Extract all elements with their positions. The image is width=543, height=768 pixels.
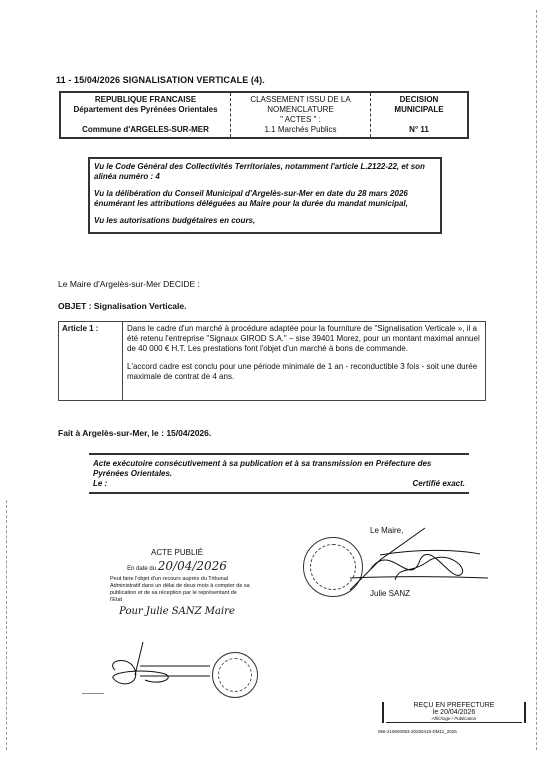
header-cell-classement: CLASSEMENT ISSU DE LA NOMENCLATURE " ACT… xyxy=(231,93,371,137)
visa-deliberation: Vu la délibération du Conseil Municipal … xyxy=(94,189,436,209)
visas-box: Vu le Code Général des Collectivités Ter… xyxy=(88,157,442,234)
header-table: REPUBLIQUE FRANCAISE Département des Pyr… xyxy=(59,91,469,139)
header-cell-commune: REPUBLIQUE FRANCAISE Département des Pyr… xyxy=(61,93,231,137)
small-seal-icon xyxy=(212,652,258,698)
classement-line2: NOMENCLATURE xyxy=(233,105,368,115)
acte-publie-title: ACTE PUBLIÉ xyxy=(102,548,252,557)
objet-heading: OBJET : Signalisation Verticale. xyxy=(58,301,186,311)
recours-note: Peut faire l'objet d'un recours auprès d… xyxy=(110,576,250,604)
decision-number: N° 11 xyxy=(373,125,465,135)
handwritten-signature-icon xyxy=(105,640,215,690)
recu-prefecture-label: REÇU EN PREFECTURE xyxy=(386,702,522,709)
republique-label: REPUBLIQUE FRANCAISE xyxy=(63,95,228,105)
article-label: Article 1 : xyxy=(59,322,123,400)
recu-prefecture-date: le 20/04/2026 xyxy=(386,709,522,716)
article-table: Article 1 : Dans le cadre d'un marché à … xyxy=(58,321,486,401)
classement-category: 1.1 Marchés Publics xyxy=(233,125,368,135)
classement-line1: CLASSEMENT ISSU DE LA xyxy=(233,95,368,105)
executoire-text: Acte exécutoire consécutivement à sa pub… xyxy=(93,459,465,479)
visa-cgct: Vu le Code Général des Collectivités Ter… xyxy=(94,162,436,182)
acte-reference: 066-216600083-20260415-DM11_2026 xyxy=(378,729,524,734)
article-paragraph: L'accord cadre est conclu pour une pério… xyxy=(127,362,481,382)
maire-signature-icon xyxy=(310,520,490,600)
acte-publie-stamp: ACTE PUBLIÉ En date du 20/04/2026 Peut f… xyxy=(102,548,252,617)
header-cell-decision: DECISION MUNICIPALE N° 11 xyxy=(371,93,467,137)
article-body: Dans le cadre d'un marché à procédure ad… xyxy=(123,322,485,400)
scan-edge-left xyxy=(6,500,7,750)
fait-a-statement: Fait à Argelès-sur-Mer, le : 15/04/2026. xyxy=(58,428,211,438)
decide-statement: Le Maire d'Argelès-sur-Mer DECIDE : xyxy=(58,279,200,289)
visa-budget: Vu les autorisations budgétaires en cour… xyxy=(94,216,436,226)
executoire-box: Acte exécutoire consécutivement à sa pub… xyxy=(89,453,469,494)
article-paragraph: Dans le cadre d'un marché à procédure ad… xyxy=(127,324,481,354)
decision-label: DECISION xyxy=(373,95,465,105)
acte-publie-date: En date du 20/04/2026 xyxy=(102,559,252,573)
executoire-date-label: Le : xyxy=(93,479,107,489)
scan-mark xyxy=(82,693,104,694)
certifie-exact-label: Certifié exact. xyxy=(413,479,465,489)
departement-label: Département des Pyrénées Orientales xyxy=(63,105,228,115)
handwritten-date: 20/04/2026 xyxy=(158,559,227,573)
classement-line3: " ACTES " : xyxy=(233,115,368,125)
scan-edge-right xyxy=(536,10,537,750)
handwritten-signature-line: Pour Julie SANZ Maire xyxy=(102,606,252,617)
commune-label: Commune d'ARGELES-SUR-MER xyxy=(63,125,228,135)
prefecture-receipt-stamp: REÇU EN PREFECTURE le 20/04/2026 Afficha… xyxy=(382,702,526,723)
municipale-label: MUNICIPALE xyxy=(373,105,465,115)
recu-prefecture-type: Affichage / Publication xyxy=(386,716,522,723)
date-label: En date du xyxy=(127,566,156,572)
document-title: 11 - 15/04/2026 SIGNALISATION VERTICALE … xyxy=(56,75,265,85)
